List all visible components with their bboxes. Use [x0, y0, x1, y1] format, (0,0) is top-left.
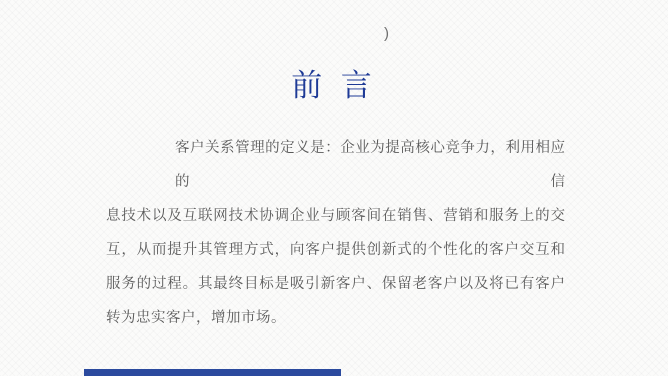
paragraph-line: 客户关系管理的定义是：企业为提高核心竞争力，利用相应的信 [106, 131, 565, 199]
bottom-accent-bar [84, 369, 341, 376]
slide-canvas: ) 前 言 客户关系管理的定义是：企业为提高核心竞争力，利用相应的信 息技术以及… [0, 0, 668, 376]
slide-title: 前 言 [0, 69, 668, 103]
paragraph-line: 服务的过程。其最终目标是吸引新客户、保留老客户以及将已有客户 [106, 267, 565, 301]
paragraph-line: 息技术以及互联网技术协调企业与顾客间在销售、营销和服务上的交 [106, 199, 565, 233]
paragraph-line: 互，从而提升其管理方式，向客户提供创新式的个性化的客户交互和 [106, 233, 565, 267]
body-paragraph: 客户关系管理的定义是：企业为提高核心竞争力，利用相应的信 息技术以及互联网技术协… [106, 131, 565, 335]
decorative-paren-mark: ) [384, 26, 389, 41]
paragraph-line: 转为忠实客户，增加市场。 [106, 301, 565, 335]
